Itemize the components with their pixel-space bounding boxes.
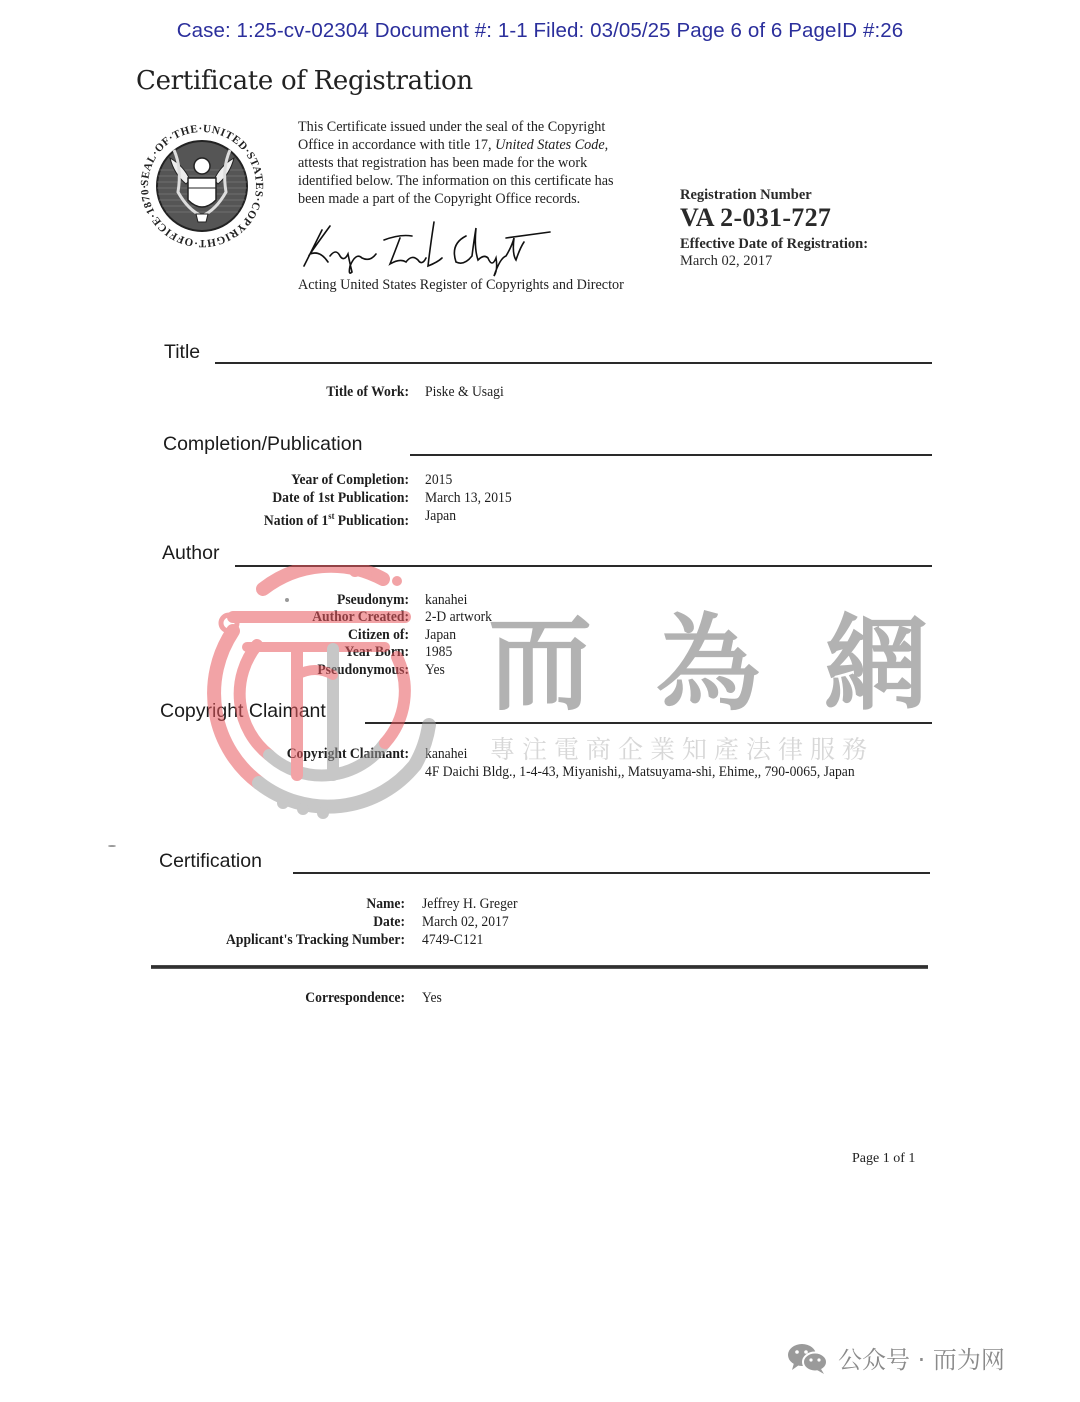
registration-number-label: Registration Number: [680, 187, 812, 204]
section-divider: [410, 454, 932, 456]
wechat-account-badge: 公众号 · 而为网: [786, 1340, 1005, 1375]
section-heading-claimant: Copyright Claimant: [160, 700, 326, 723]
heavy-divider: [151, 965, 928, 969]
wechat-account-label: 公众号 · 而为网: [838, 1340, 1005, 1375]
section-heading-title: Title: [164, 341, 200, 364]
section-heading-author: Author: [162, 542, 219, 565]
case-header: Case: 1:25-cv-02304 Document #: 1-1 File…: [0, 19, 1080, 43]
section-heading-certification: Certification: [159, 850, 262, 873]
claimant-address: 4F Daichi Bldg., 1-4-43, Miyanishi,, Mat…: [425, 764, 855, 782]
wechat-icon: [786, 1341, 830, 1375]
effective-date-label: Effective Date of Registration:: [680, 236, 868, 253]
watermark-text: 而為網: [488, 612, 992, 716]
scan-speck: [285, 598, 289, 602]
section-divider: [365, 722, 932, 724]
effective-date: March 02, 2017: [680, 253, 772, 270]
section-divider: [215, 362, 932, 364]
copyright-office-seal-icon: SEAL·OF·THE·UNITED·STATES·COPYRIGHT·OFFI…: [134, 118, 270, 254]
handwritten-signature-icon: [300, 218, 560, 278]
registration-number: VA 2-031-727: [680, 203, 831, 233]
page-number: Page 1 of 1: [852, 1151, 915, 1167]
certificate-intro: This Certificate issued under the seal o…: [298, 118, 658, 208]
certificate-title: Certificate of Registration: [136, 66, 473, 96]
section-heading-completion: Completion/Publication: [163, 433, 362, 456]
section-divider: [293, 872, 930, 874]
signer-title: Acting United States Register of Copyrig…: [298, 277, 624, 294]
section-divider: [235, 565, 932, 567]
scan-speck: [108, 845, 116, 847]
